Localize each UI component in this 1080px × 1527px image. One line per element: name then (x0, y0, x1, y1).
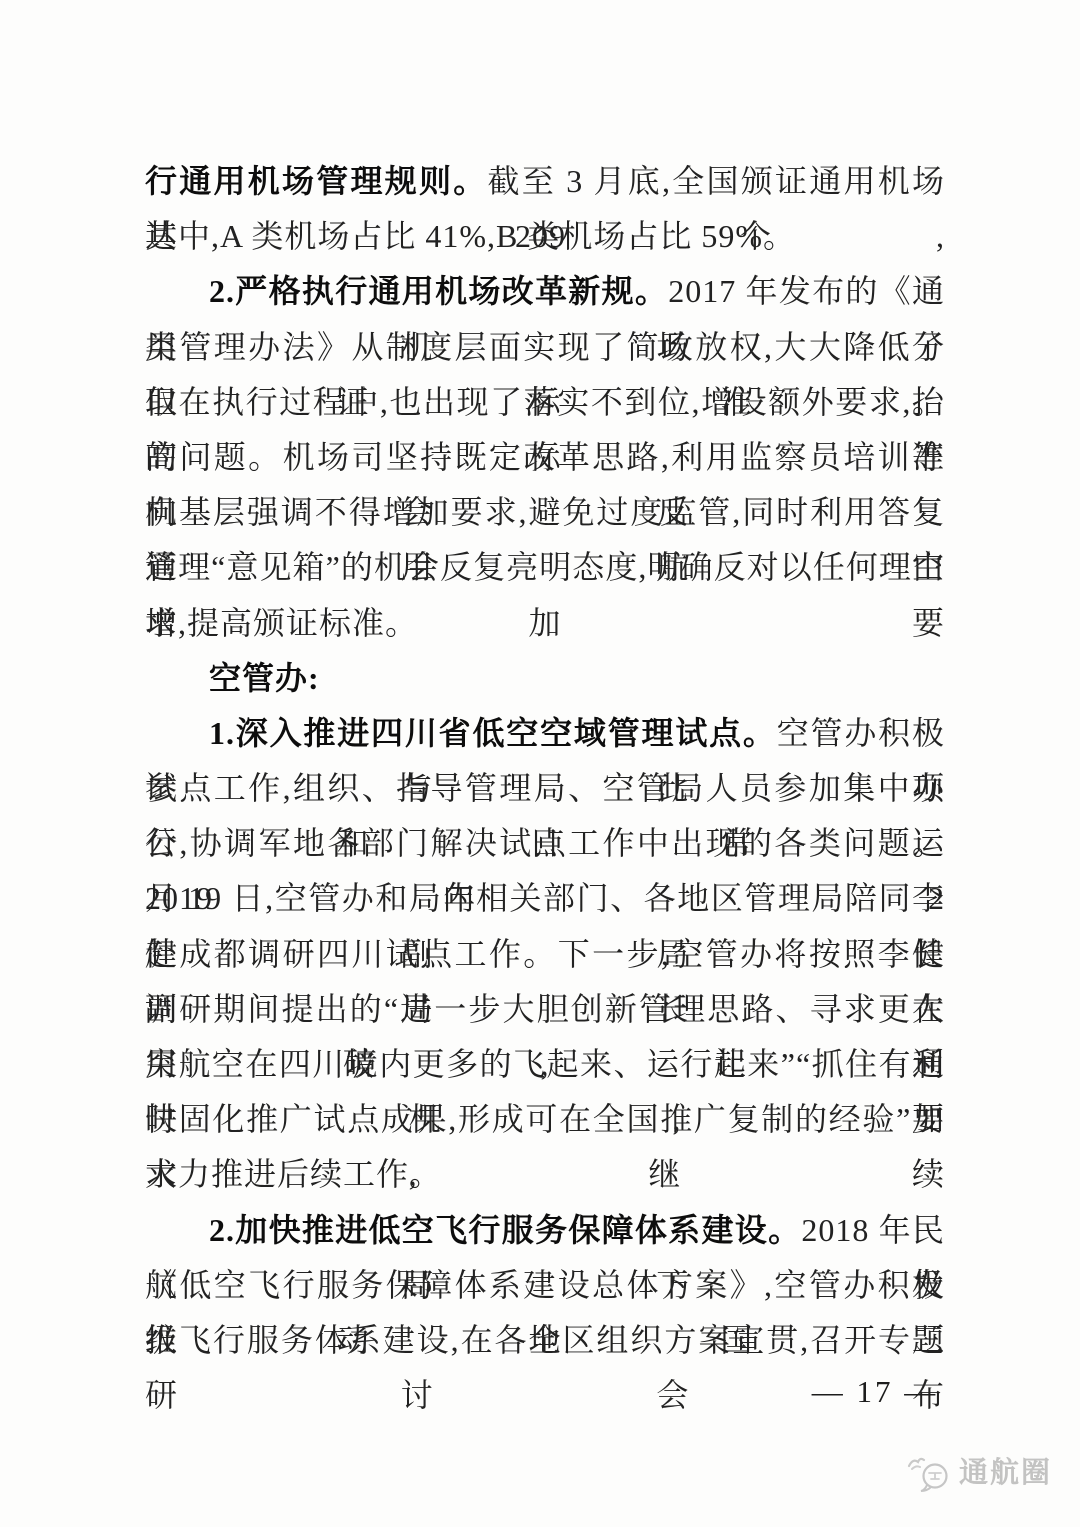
page-number: — 17 — (750, 1374, 1000, 1410)
document-page: 行通用机场管理规则。截至 3 月底,全国颁证通用机场达 209 个,其中,A 类… (0, 0, 1080, 1527)
text-line: 调研期间提出的“进一步大胆创新管理思路、寻求更大突破,让通 (145, 982, 945, 1037)
text-segment: 求,提高颁证标准。 (145, 605, 418, 641)
text-line: 2.严格执行通用机场改革新规。2017 年发布的《通用机场分 (145, 264, 945, 319)
text-segment: 其中,A 类机场占比 41%,B 类机场占比 59%。 (145, 218, 796, 254)
text-segment-bold: 2.严格执行通用机场改革新规。 (209, 273, 668, 309)
text-line: 级飞行服务体系建设,在各地区组织方案宣贯,召开专题研讨会布 (145, 1313, 945, 1368)
tonghangquan-logo-icon (906, 1452, 954, 1494)
text-line: 月 19 日,空管办和局内相关部门、各地区管理局陪同李健副局长 (145, 871, 945, 926)
document-text: 行通用机场管理规则。截至 3 月底,全国颁证通用机场达 209 个,其中,A 类… (145, 154, 945, 1368)
text-line: 管理“意见箱”的机会反复亮明态度,明确反对以任何理由增加要 (145, 540, 945, 595)
text-line: 2.加快推进低空飞行服务保障体系建设。2018 年民航局下发 (145, 1203, 945, 1258)
text-segment-bold: 2.加快推进低空飞行服务保障体系建设。 (209, 1212, 801, 1248)
text-line: 试点工作,组织、指导管理局、空管局人员参加集中办公和日常运 (145, 761, 945, 816)
watermark-label: 通航圈 (959, 1453, 1052, 1493)
text-line: 空管办: (145, 651, 945, 706)
text-line: 类管理办法》从制度层面实现了简政放权,大大降低了取证标准。 (145, 320, 945, 375)
text-segment-bold: 空管办: (209, 660, 320, 696)
text-line: 向基层强调不得增加要求,避免过度监管,同时利用答复通用航空 (145, 485, 945, 540)
text-line: 行通用机场管理规则。截至 3 月底,全国颁证通用机场达 209 个, (145, 154, 945, 209)
text-line: 1.深入推进四川省低空空域管理试点。空管办积极参与此项 (145, 706, 945, 761)
text-line: 行,协调军地各部门解决试点工作中出现的各类问题。2019 年 2 (145, 816, 945, 871)
text-line: 用航空在四川境内更多的飞起来、运行起来”“抓住有利时机,加 (145, 1037, 945, 1092)
text-segment-bold: 1.深入推进四川省低空空域管理试点。 (209, 715, 777, 751)
text-line: 赴成都调研四川试点工作。下一步,空管办将按照李健副局长在 (145, 927, 945, 982)
text-line: 快固化推广试点成果,形成可在全国推广复制的经验”要求,继续 (145, 1092, 945, 1147)
text-line: 《低空飞行服务保障体系建设总体方案》,空管办积极推动全国三 (145, 1258, 945, 1313)
text-segment: 大力推进后续工作。 (145, 1156, 442, 1192)
text-line: 的问题。机场司坚持既定改革思路,利用监察员培训等机会反复 (145, 430, 945, 485)
watermark: 通航圈 (906, 1452, 1052, 1494)
text-line: 但在执行过程中,也出现了落实不到位,增设额外要求,抬高标准 (145, 375, 945, 430)
text-segment-bold: 行通用机场管理规则。 (145, 163, 488, 199)
